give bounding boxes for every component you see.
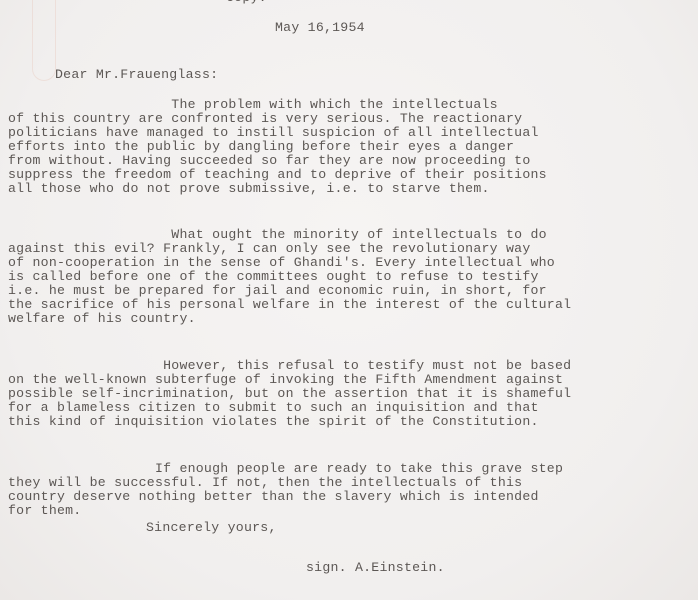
text-line: possible self-incrimination, but on the … xyxy=(8,386,571,401)
paperclip-mark xyxy=(32,0,56,81)
text-line: from without. Having succeeded so far th… xyxy=(8,153,530,168)
closing: Sincerely yours, xyxy=(146,520,277,535)
text-line: for them. xyxy=(8,503,81,518)
text-line: However, this refusal to testify must no… xyxy=(8,358,571,373)
text-line: welfare of his country. xyxy=(8,311,196,326)
text-line: for a blameless citizen to submit to suc… xyxy=(8,400,539,415)
text-line: all those who do not prove submissive, i… xyxy=(8,181,490,196)
signature: sign. A.Einstein. xyxy=(306,560,445,575)
salutation: Dear Mr.Frauenglass: xyxy=(55,67,218,82)
text-line: i.e. he must be prepared for jail and ec… xyxy=(8,283,547,298)
copy-label: Copy. xyxy=(226,0,267,5)
text-line: What ought the minority of intellectuals… xyxy=(8,227,547,242)
text-line: is called before one of the committees o… xyxy=(8,269,539,284)
text-line: the sacrifice of his personal welfare in… xyxy=(8,297,571,312)
text-line: politicians have managed to instill susp… xyxy=(8,125,539,140)
text-line: of this country are confronted is very s… xyxy=(8,111,522,126)
text-line: If enough people are ready to take this … xyxy=(8,461,563,476)
letter-date: May 16,1954 xyxy=(275,20,365,35)
text-line: efforts into the public by dangling befo… xyxy=(8,139,514,154)
text-line: country deserve nothing better than the … xyxy=(8,489,539,504)
text-line: of non-cooperation in the sense of Ghand… xyxy=(8,255,555,270)
text-line: suppress the freedom of teaching and to … xyxy=(8,167,547,182)
text-line: on the well-known subterfuge of invoking… xyxy=(8,372,563,387)
text-line: against this evil? Frankly, I can only s… xyxy=(8,241,530,256)
letter-page: Copy. May 16,1954 Dear Mr.Frauenglass: T… xyxy=(0,0,698,600)
text-line: this kind of inquisition violates the sp… xyxy=(8,414,539,429)
text-line: The problem with which the intellectuals xyxy=(8,97,498,112)
text-line: they will be successful. If not, then th… xyxy=(8,475,522,490)
